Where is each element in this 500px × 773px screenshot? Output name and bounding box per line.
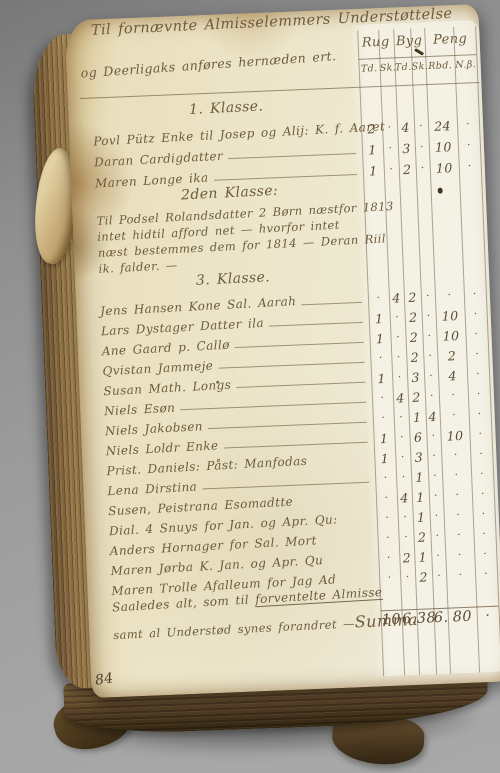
value-cell: 1 [368,311,390,328]
value-cell: · [458,159,481,176]
value-cell: 2 [406,349,424,366]
value-cell: · [464,307,487,324]
value-cell: 6. [433,609,448,628]
value-cell: · [430,529,445,546]
value-cell: · [397,510,413,527]
value-cell: · [376,490,398,507]
value-cell: 10 [429,160,459,177]
value-cell: · [425,389,440,406]
value-cell: · [439,407,469,424]
value-cell: · [400,570,416,587]
row-dash [301,301,362,305]
unit-cell: Rbd. [425,60,454,72]
value-cell: 1 [363,163,385,180]
row-values: 1·2·10· [363,159,482,180]
value-cell: · [372,390,394,407]
value-cell: · [389,310,405,327]
value-cell: 4 [425,409,440,426]
value-cell: 3 [410,449,428,466]
row-dash [228,152,356,159]
value-cell: 1 [408,409,426,426]
ledger-body: 1. Klasse.Povl Pütz Enke til Josep og Al… [92,90,499,641]
value-cell: · [427,449,442,466]
value-cell: · [372,410,394,427]
column-group-label-rug: Rug [357,34,394,50]
value-cell: · [466,347,489,364]
value-cell: · [415,140,430,157]
row-name: Niels Esøn [104,401,176,419]
value-cell: · [429,489,444,506]
value-cell: · [431,548,446,565]
value-cell: · [468,387,491,404]
row-dash [235,341,364,348]
value-cell: · [392,370,408,387]
value-cell: 10 [429,139,459,156]
value-cell: · [472,506,495,523]
value-cell: 3 [407,369,425,386]
value-cell: 4 [393,390,409,407]
value-cell: · [375,470,397,487]
value-cell: · [467,367,490,384]
value-cell: 4 [438,367,468,384]
value-cell: · [383,141,399,158]
value-cell: 2 [404,309,422,326]
unit-cell: N.β. [454,59,476,71]
value-cell: · [458,138,481,155]
value-cell: · [421,289,436,306]
photo-background: Til fornævnte Almisselemmers Understøtte… [0,0,500,773]
value-cell: 1 [374,450,396,467]
value-cell: 2 [408,389,426,406]
value-cell: · [472,486,495,503]
row-dash [236,381,365,388]
value-cell: · [422,329,437,346]
unit-cell: Td. [359,63,380,75]
value-cell: 1 [373,430,395,447]
value-cell: · [377,530,399,547]
value-cell: · [432,568,447,585]
value-cell: · [470,447,493,464]
value-cell: · [398,530,414,547]
column-group-label-peng: Peng [424,31,476,48]
value-cell: · [435,288,465,305]
value-cell: · [368,291,390,308]
value-cell: 1 [362,142,384,159]
value-cell: · [468,407,491,424]
value-cell: · [429,509,444,526]
value-cell: 2 [404,289,422,306]
value-cell: 4 [389,290,405,307]
value-cell: · [465,327,488,344]
column-group-label-byg: Byg [393,33,425,49]
value-cell: · [441,447,471,464]
value-cell: · [370,350,392,367]
value-cell: · [446,567,476,584]
value-cell: · [457,117,480,134]
value-cell: · [390,330,406,347]
unit-cell: Sk. [380,62,395,74]
value-cell: · [476,607,499,627]
value-cell: · [421,309,436,326]
ledger-page: Til fornævnte Almisselemmers Understøtte… [65,4,500,698]
value-cell: · [464,287,487,304]
value-cell: 6. [402,610,418,629]
value-cell: · [471,467,494,484]
row-dash [202,481,369,490]
value-cell: · [444,527,474,544]
value-cell: 2 [399,161,417,178]
value-cell: · [395,450,411,467]
value-cell: · [473,526,496,543]
value-cell: · [384,162,400,179]
value-cell: 10 [435,308,465,325]
value-cell: 2 [399,550,415,567]
value-cell: · [394,430,410,447]
header-line-2: og Deerligaks anføres hernæden ert. [80,48,337,80]
value-cell: · [424,369,439,386]
value-cell: · [378,550,400,567]
value-cell: 1 [412,489,430,506]
value-cell: 38 [417,609,435,629]
value-cell: · [442,467,472,484]
ink-speck [216,381,219,384]
value-cell: 3 [398,140,416,157]
value-cell: · [439,387,469,404]
value-cell: · [474,546,497,563]
footer-line-2: samt al Understød synes forandret — [113,616,355,642]
unit-cell: Td. [395,62,412,74]
value-cell: 2 [413,529,431,546]
value-cell: 10 [436,327,466,344]
value-cell: · [414,119,429,136]
value-cell: 1 [412,509,430,526]
page-number: 84 [94,670,115,689]
unit-cell: Sk. [411,61,425,73]
value-cell: · [475,566,498,583]
value-cell: 1 [414,549,432,566]
value-cell: 80 [447,608,477,628]
value-cell: 10 [440,427,470,444]
row-dash [269,321,363,327]
row-dash [208,421,367,429]
value-cell: 2 [415,569,433,586]
value-cell: 2 [405,329,423,346]
value-cell: · [469,427,492,444]
row-dash [180,401,366,410]
value-cell: · [445,547,475,564]
row-values: ··2··· [379,566,498,587]
value-cell: 1 [369,331,391,348]
value-cell: · [443,507,473,524]
value-cell: · [423,349,438,366]
row-dash [224,441,368,449]
value-cell: 4 [397,490,413,507]
value-cell: · [443,487,473,504]
value-cell: · [415,161,430,178]
value-cell: 10 [381,611,403,631]
value-cell: 2 [437,347,467,364]
value-cell: · [391,350,407,367]
value-cell: · [396,470,412,487]
value-cell: 1 [371,370,393,387]
value-cell: 1 [411,469,429,486]
value-cell: · [377,510,399,527]
value-cell: · [428,469,443,486]
value-cell: · [426,429,441,446]
row-dash [218,361,364,369]
value-cell: 24 [428,118,458,135]
value-cell: · [393,410,409,427]
value-cell: 6 [409,429,427,446]
value-cell: 4 [397,119,415,136]
